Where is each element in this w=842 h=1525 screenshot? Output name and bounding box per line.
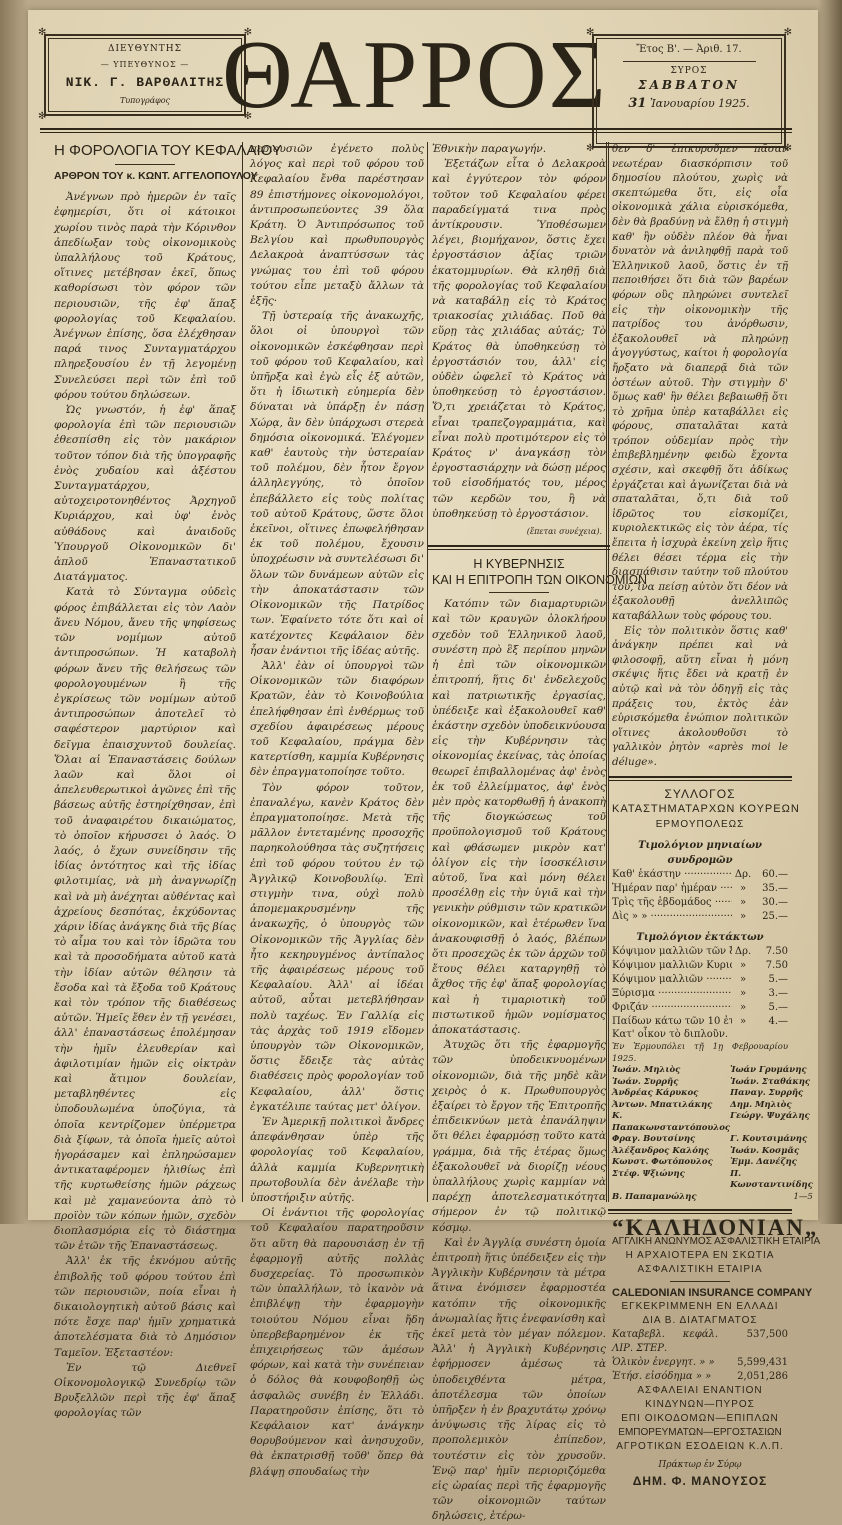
newspaper-title: ΘΑΡΡΟΣ <box>222 20 602 130</box>
ornament-icon: ✻ <box>38 28 46 38</box>
article-paragraph: Τὸν φόρον τοῦτον, ἐπαναλέγω, κανὲν Κράτο… <box>250 781 424 1115</box>
issue-number: Ἔτος Β'. — Ἀριθ. 17. <box>594 44 784 55</box>
editor-subrole: — ΥΠΕΥΘΥΝΟΣ — <box>46 60 244 69</box>
date-month-year: Ἰανουαρίου 1925. <box>650 97 750 110</box>
divider <box>115 164 175 165</box>
extra-price-title: Τιμολόγιον ἐκτάκτων <box>612 930 788 945</box>
home-service-note: Κατ' οἶκον τὸ διπλοῦν. <box>612 1029 788 1041</box>
signatures: Ἰωάν. ΜηλιὸςἸωάν Γρυμάνης Ἰωάν. ΣυρρῆςἸω… <box>612 1065 788 1203</box>
continued-note: (ἕπεται συνέχεια). <box>432 524 602 539</box>
signature: Β. Παπαμανώλης <box>612 1192 730 1204</box>
article-byline: ΑΡΘΡΟΝ ΤΟΥ κ. ΚΩΝΤ. ΑΓΓΕΛΟΠΟΥΛΟΥ <box>54 169 236 184</box>
article-headline: Η ΦΟΡΟΛΟΓΙΑ ΤΟΥ ΚΕΦΑΛΑΙΟΥ <box>54 142 236 160</box>
monthly-price-title: Τιμολόγιον μηνιαίων συνδρομῶν <box>612 838 788 868</box>
signature: Ἰωάν. Σταθάκης <box>730 1077 813 1089</box>
signature: Ἰωάν Γρυμάνης <box>730 1065 813 1077</box>
section-rule <box>608 1209 792 1214</box>
signature: Π. Κωνσταντινίδης <box>730 1169 813 1192</box>
signature: Γ. Κουτσιμάνης <box>730 1134 813 1146</box>
ornament-icon: ✻ <box>784 28 792 38</box>
signature: Παναγ. Συρρῆς <box>730 1088 813 1100</box>
article-paragraph: Ὡς γνωστόν, ἡ ἐφ' ἅπαξ φορολογία ἐπὶ τῶν… <box>54 403 236 585</box>
signature: Ἰωάν. Συρρῆς <box>612 1077 730 1089</box>
price-row: Καθ' ἑκάστηνΔρ.60.— <box>612 868 788 882</box>
article2-headline-2: ΚΑΙ Η ΕΠΙΤΡΟΠΗ ΤΩΝ ΟΙΚΟΝΟΜΙΩΝ <box>432 572 606 588</box>
price-row: Κόψιμον μαλλιῶν τῶν ξυριζομένων μόνον τω… <box>612 945 788 959</box>
column-rule <box>242 142 243 1202</box>
divider <box>623 61 756 62</box>
column-1: Η ΦΟΡΟΛΟΓΙΑ ΤΟΥ ΚΕΦΑΛΑΙΟΥ ΑΡΘΡΟΝ ΤΟΥ κ. … <box>54 142 236 1224</box>
editor-box: ✻ ✻ ✻ ✻ ΔΙΕΥΘΥΝΤΗΣ — ΥΠΕΥΘΥΝΟΣ — ΝΙΚ. Γ.… <box>44 34 246 116</box>
article-paragraph: Ἀλλ' ἐὰν οἱ ὑπουργοὶ τῶν Οἰκονομικῶν τῶν… <box>250 659 424 781</box>
signature: Κωνστ. Φωτόπουλος <box>612 1157 730 1169</box>
price-row: Παίδων κάτω τῶν 10 ἐτῶν»4.— <box>612 1015 788 1029</box>
signature: Ἰωάν. Μηλιὸς <box>612 1065 730 1077</box>
article-paragraph: Ἐθνικὴν παραγωγήν. <box>432 142 606 157</box>
caledonian-ad: “ΚΑΛΗΔΟΝΙΑΝ„ ΑΓΓΛΙΚΗ ΑΝΩΝΥΜΟΣ ΑΣΦΑΛΙΣΤΙΚ… <box>612 1220 788 1224</box>
signature: Γεώργ. Ψυχάλης <box>730 1111 813 1134</box>
article-paragraph: Εἰς τὸν πολιτικὸν ὅστις καθ' ἀνάγκην πρέ… <box>612 624 788 770</box>
price-row: Φριζάν»5.— <box>612 1001 788 1015</box>
article-paragraph: Τῇ ὑστεραίᾳ τῆς ἀνακωχῆς, ὅλοι οἱ ὑπουργ… <box>250 309 424 659</box>
weekday: ΣΑΒΒΑΤΟΝ <box>594 78 784 92</box>
article-paragraph: Ἀτυχῶς ὅτι τῆς ἐφαρμογῆς τῶν ὑποδεικνυομ… <box>432 1038 606 1224</box>
price-row: Κόψιμον μαλλιῶν Κυριῶν καὶ Δεσποινίδων»7… <box>612 959 788 973</box>
section-rule <box>608 776 792 781</box>
article-paragraph: Ἐξετάζων εἶτα ὁ Δελακροὰ καὶ ἐγγύτερον τ… <box>432 157 606 522</box>
page-binding-edge <box>0 0 28 1224</box>
editor-note: Τυπογράφος <box>46 96 244 105</box>
ad-brand: “ΚΑΛΗΔΟΝΙΑΝ„ <box>612 1220 788 1224</box>
price-row: Δὶς » »»25.— <box>612 910 788 924</box>
column-2: περιουσιῶν ἐγένετο πολὺς λόγος καὶ περὶ … <box>250 142 424 1224</box>
price-row: Ξύρισμα»3.— <box>612 987 788 1001</box>
column-rule <box>427 142 428 1202</box>
column-4: θεν δ' ἐπικυροῦμεν πᾶσαν νεωτέραν διασκό… <box>612 142 788 1224</box>
ad-city: ΕΡΜΟΥΠΟΛΕΩΣ <box>612 817 788 832</box>
issue-date: 31 Ἰανουαρίου 1925. <box>594 96 784 111</box>
article-paragraph: Κατὰ τὸ Σύνταγμα οὐδεὶς φόρος ἐπιβάλλετα… <box>54 585 236 1224</box>
column-3: Ἐθνικὴν παραγωγήν. Ἐξετάζων εἶτα ὁ Δελακ… <box>432 142 606 1224</box>
signature: Ἰωάν. Κοσμᾶς <box>730 1146 813 1158</box>
column-rule <box>606 142 609 1202</box>
date-day: 31 <box>628 96 646 111</box>
price-row: Κόψιμον μαλλιῶν»5.— <box>612 973 788 987</box>
signature: Ἐμμ. Δανέζης <box>730 1157 813 1169</box>
signature: Δημ. Μηλιὸς <box>730 1100 813 1112</box>
signature: Στέφ. Ψξιώνης <box>612 1169 730 1192</box>
ad-title: ΣΥΛΛΟΓΟΣ <box>612 787 788 802</box>
place-date: Ἐν Ἑρμουπόλει τῇ 1ῃ Φεβρουαρίου 1925. <box>612 1041 788 1065</box>
barbers-ad: ΣΥΛΛΟΓΟΣ ΚΑΤΑΣΤΗΜΑΤΑΡΧΩΝ ΚΟΥΡΕΩΝ ΕΡΜΟΥΠΟ… <box>612 787 788 1204</box>
signature: Φραγ. Βουτσίνης <box>612 1134 730 1146</box>
signature: Ἀντων. Μπατιλάκης <box>612 1100 730 1112</box>
editor-role: ΔΙΕΥΘΥΝΤΗΣ <box>46 44 244 54</box>
article-paragraph: Οἱ ἐνάντιοι τῆς φορολογίας τοῦ Κεφαλαίου… <box>250 1206 424 1224</box>
article-paragraph: περιουσιῶν ἐγένετο πολὺς λόγος καὶ περὶ … <box>250 142 424 309</box>
masthead-rule <box>40 128 792 133</box>
ad-subtitle: ΚΑΤΑΣΤΗΜΑΤΑΡΧΩΝ ΚΟΥΡΕΩΝ <box>612 802 788 817</box>
article-paragraph: Ἀνέγνων πρὸ ἡμερῶν ἐν ταῖς ἐφημερίσι, ὅτ… <box>54 190 236 403</box>
signature: Κ. Παπακωνσταντόπουλος <box>612 1111 730 1134</box>
article-paragraph: θεν δ' ἐπικυροῦμεν πᾶσαν νεωτέραν διασκό… <box>612 142 788 624</box>
price-row: Τρὶς τῆς ἑβδομάδος»30.— <box>612 896 788 910</box>
price-row: Ἡμέραν παρ' ἡμέραν»35.— <box>612 882 788 896</box>
signature: Ἀλέξανδρος Καλόης <box>612 1146 730 1158</box>
signature: Ἀνδρέας Κάρυκος <box>612 1088 730 1100</box>
editor-name: ΝΙΚ. Γ. ΒΑΡΘΑΛΙΤΗΣ <box>46 75 244 90</box>
article-paragraph: Κατόπιν τῶν διαμαρτυριῶν καὶ τῶν κραυγῶν… <box>432 597 606 1038</box>
ad-reference: 1—5 <box>730 1192 813 1204</box>
page-edge <box>818 0 842 1224</box>
city: ΣΥΡΟΣ <box>594 66 784 76</box>
section-rule <box>428 545 610 550</box>
article-paragraph: Ἐν Ἀμερικῇ πολιτικοὶ ἄνδρες ἀπεφάνθησαν … <box>250 1115 424 1206</box>
divider <box>489 592 549 593</box>
ornament-icon: ✻ <box>38 112 46 122</box>
ornament-icon: ✻ <box>586 28 594 38</box>
article2-headline-1: Η ΚΥΒΕΡΝΗΣΙΣ <box>432 556 606 572</box>
